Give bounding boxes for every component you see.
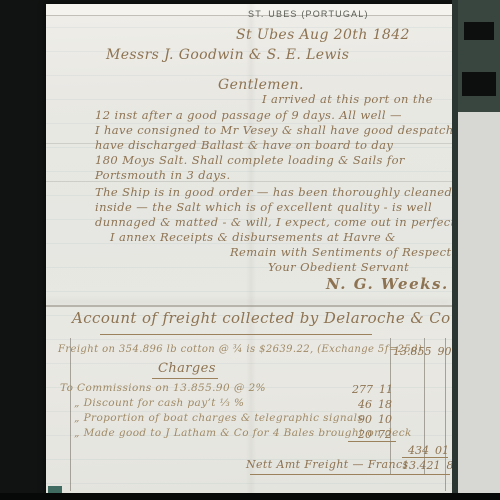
letter-line: Portsmouth in 3 days. xyxy=(95,170,231,182)
charge-description: „ Discount for cash pay’t ⅓ % xyxy=(74,398,244,409)
charge-francs: 46 xyxy=(358,398,372,411)
charge-francs: 277 xyxy=(352,383,373,396)
charges-total: 43401 xyxy=(408,444,449,457)
letter-sheet: ST. UBES (PORTUGAL) St Ubes Aug 20th 184… xyxy=(46,4,452,493)
freight-description: Freight on 354.896 lb cotton @ ¾ is $263… xyxy=(58,345,422,355)
dark-mark xyxy=(462,72,496,96)
table-rule xyxy=(70,338,71,491)
charge-amount: 4618 xyxy=(358,398,392,411)
letter-line: 12 inst after a good passage of 9 days. … xyxy=(95,110,402,122)
salutation: Gentlemen. xyxy=(218,78,304,92)
freight-centimes: 90 xyxy=(438,345,452,358)
charge-amount: 2072 xyxy=(358,428,392,441)
bottom-background xyxy=(0,493,500,500)
photograph-of-letter: ST. UBES (PORTUGAL) St Ubes Aug 20th 184… xyxy=(0,0,500,500)
letter-line: I arrived at this port on the xyxy=(262,94,433,106)
charge-amount: 9010 xyxy=(358,413,392,426)
dark-mark xyxy=(464,22,494,40)
letter-line: I annex Receipts & disbursements at Havr… xyxy=(110,232,396,244)
account-title: Account of freight collected by Delaroch… xyxy=(72,311,451,326)
charges-sum-rule xyxy=(348,441,396,442)
charge-centimes: 11 xyxy=(379,383,393,396)
charge-centimes: 18 xyxy=(378,398,392,411)
charge-amount: 27711 xyxy=(352,383,393,396)
letter-line: have discharged Ballast & have on board … xyxy=(95,140,393,152)
letter-line: dunnaged & matted - & will, I expect, co… xyxy=(95,217,494,229)
title-underline xyxy=(100,334,372,335)
charge-francs: 20 xyxy=(358,428,372,441)
charges-header: Charges xyxy=(158,362,216,375)
freight-francs: 13.855 xyxy=(393,345,432,358)
dateline: St Ubes Aug 20th 1842 xyxy=(236,28,410,42)
charge-centimes: 10 xyxy=(378,413,392,426)
nett-francs: 13.421 xyxy=(402,459,441,472)
charge-centimes: 72 xyxy=(378,428,392,441)
freight-amount: 13.85590 xyxy=(393,345,452,358)
total-francs: 434 xyxy=(408,444,429,457)
charge-description: To Commissions on 13.855.90 @ 2% xyxy=(60,383,266,394)
addressee: Messrs J. Goodwin & S. E. Lewis xyxy=(106,48,349,62)
charge-description: „ Proportion of boat charges & telegraph… xyxy=(74,413,363,424)
closing-line: Your Obedient Servant xyxy=(268,262,409,274)
pencil-annotation: ST. UBES (PORTUGAL) xyxy=(248,9,369,19)
letter-line: inside — the Salt which is of excellent … xyxy=(95,202,432,214)
letter-line: I have consigned to Mr Vesey & shall hav… xyxy=(95,125,454,137)
closing-line: Remain with Sentiments of Respect xyxy=(230,247,452,259)
second-sheet-edge xyxy=(458,0,500,500)
charge-francs: 90 xyxy=(358,413,372,426)
letter-line: 180 Moys Salt. Shall complete loading & … xyxy=(95,155,405,167)
signature: N. G. Weeks. xyxy=(326,277,449,292)
nett-underline xyxy=(250,474,450,475)
charges-underline xyxy=(152,378,218,379)
letter-line: The Ship is in good order — has been tho… xyxy=(95,187,452,199)
nett-label: Nett Amt Freight — Francs xyxy=(246,459,409,470)
total-centimes: 01 xyxy=(435,444,449,457)
